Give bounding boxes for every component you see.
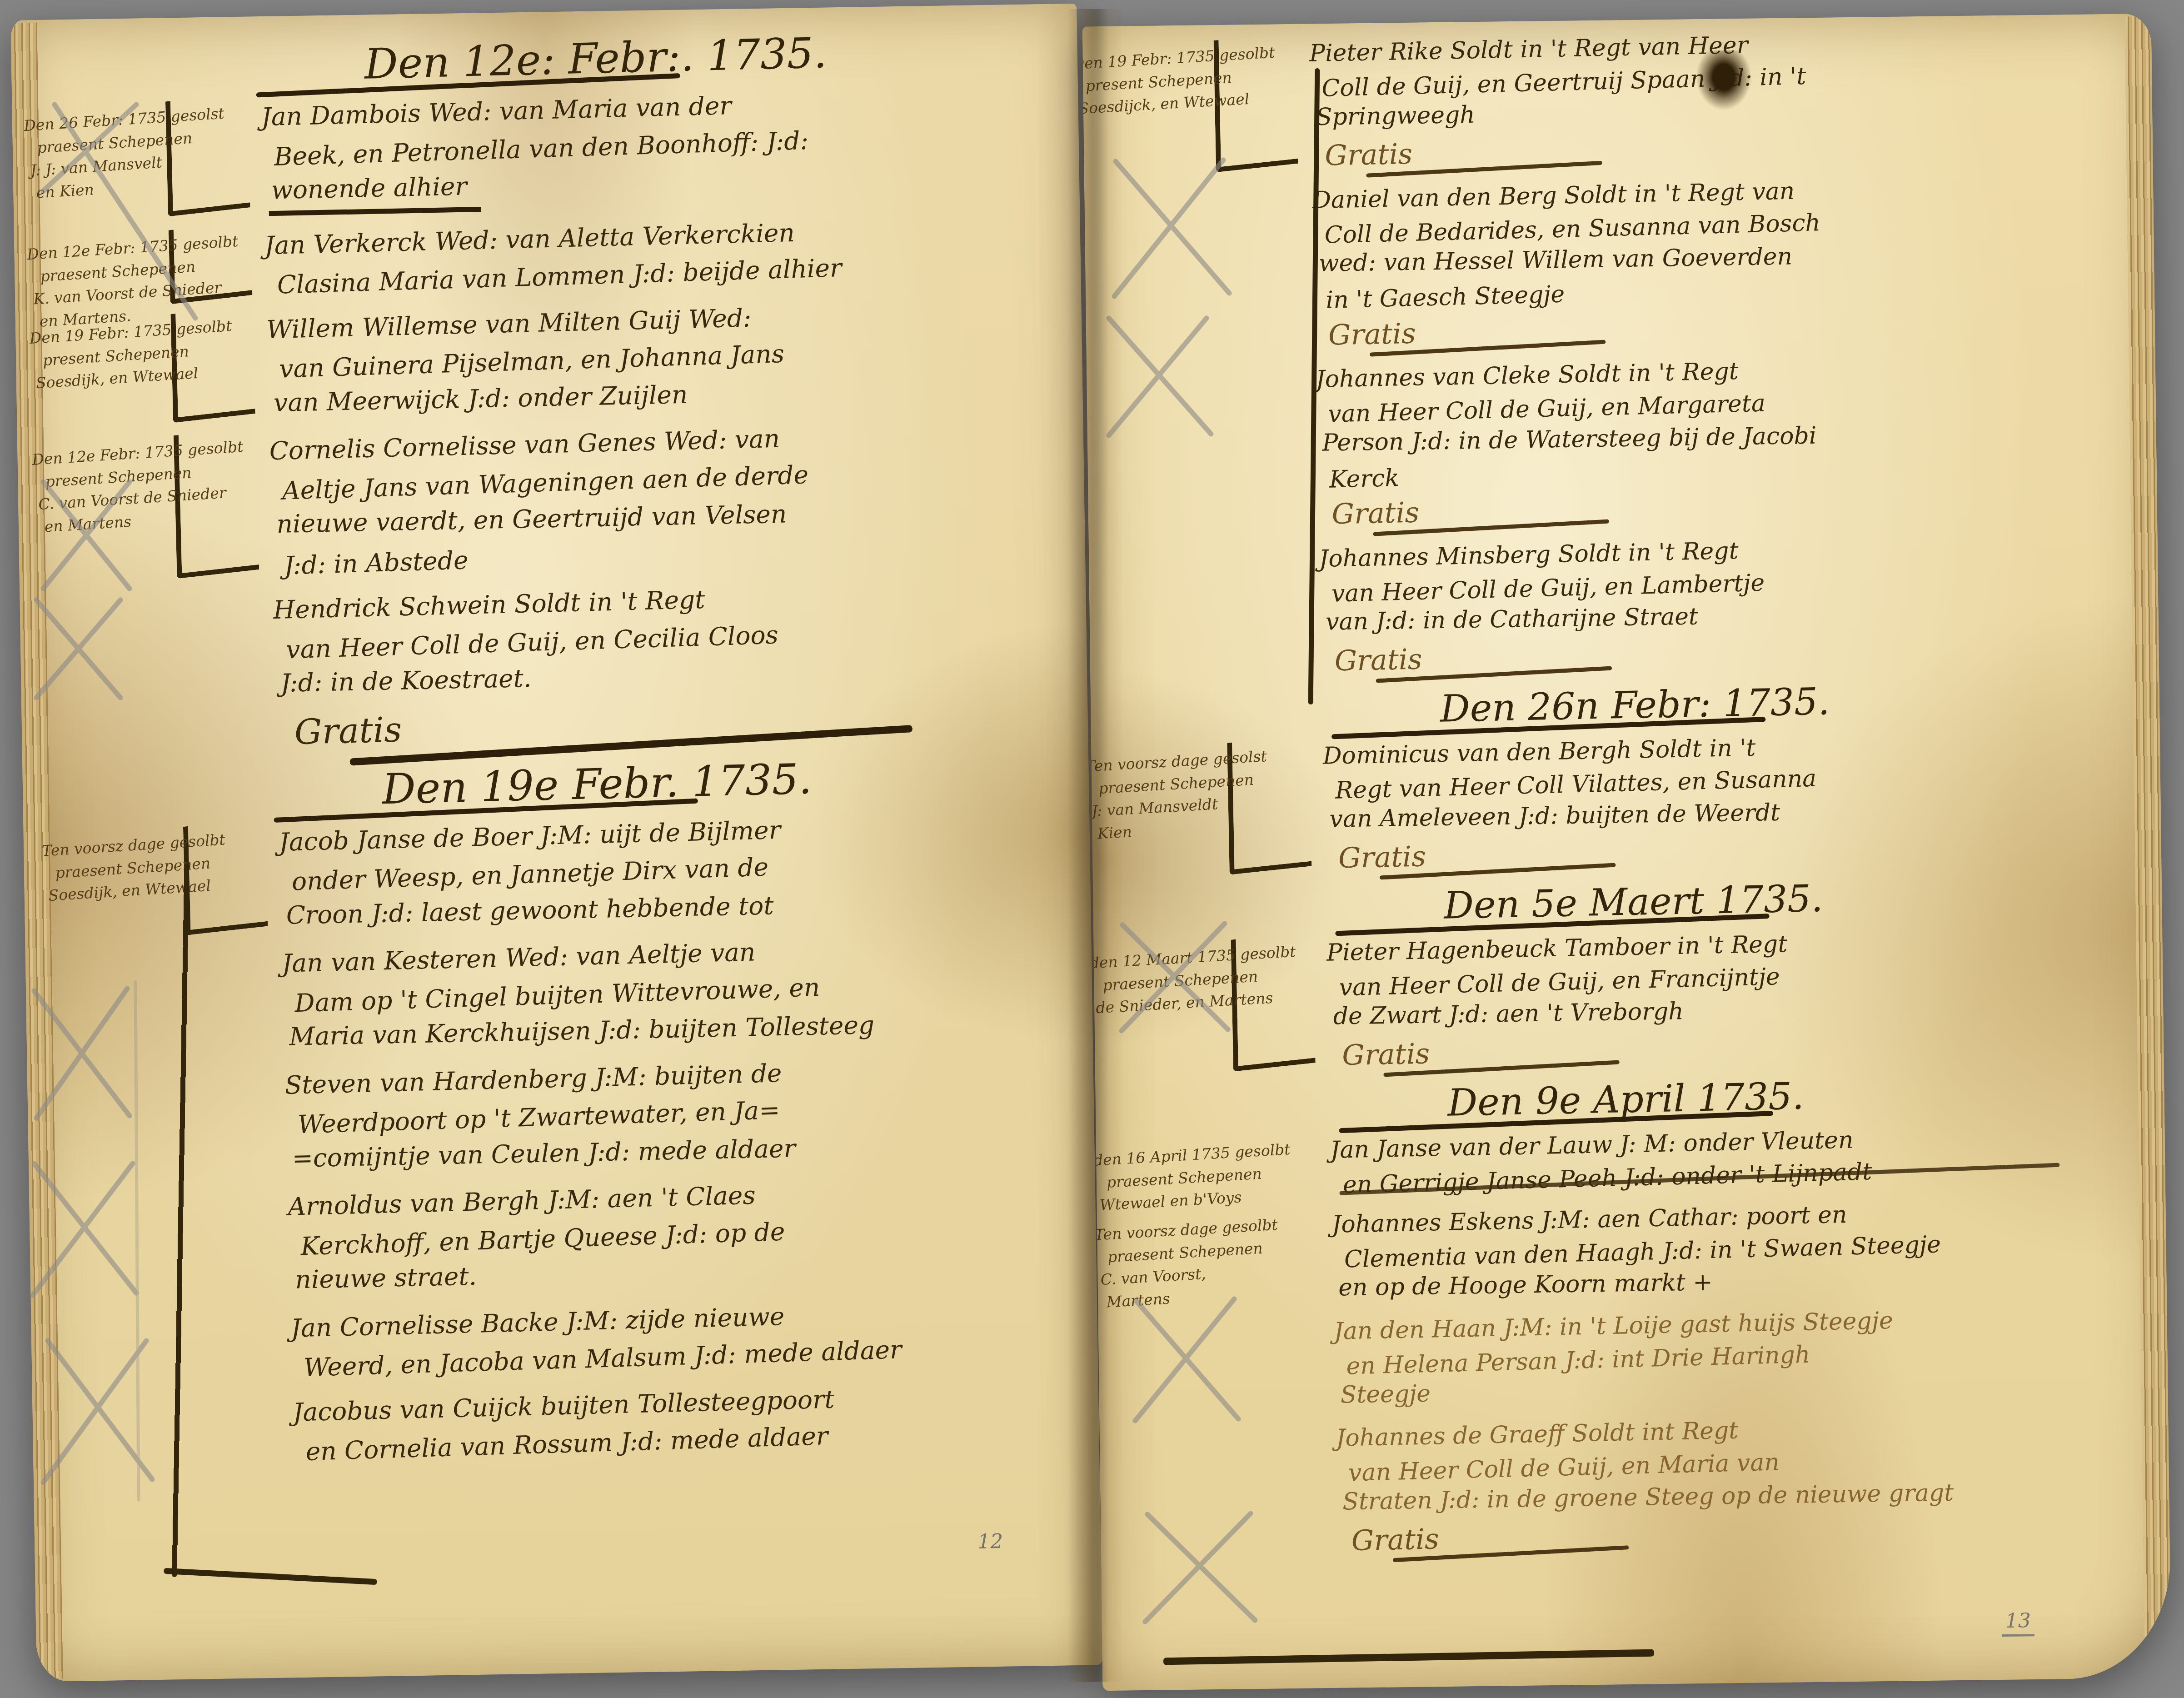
register-entry: Den 12e Febr: 1735 gesolbtpraesent Schep… bbox=[264, 207, 1055, 301]
date-heading: Den 12e: Febr:. 1735. bbox=[364, 23, 1049, 89]
entry-text: Jan van Kesteren Wed: van Aeltje vanDam … bbox=[281, 925, 1073, 1057]
register-entry: Ten voorsz dage gesolbtpraesent Schepene… bbox=[1331, 1193, 2152, 1307]
entry-text: Johannes de Graeff Soldt int Regtvan Hee… bbox=[1336, 1407, 2157, 1560]
gratis-label: Gratis bbox=[1334, 640, 1422, 680]
register-entry: Johannes Minsberg Soldt in 't Regtvan He… bbox=[1319, 527, 2140, 680]
register-entry: Den 19 Febr: 1735 gesolbtpresent Schepen… bbox=[266, 291, 1057, 423]
margin-note: Ten voorsz dage gesolbtpraesent Schepene… bbox=[1094, 1211, 1312, 1313]
entry-text: Jacobus van Cuijck buijten Tollesteegpoo… bbox=[292, 1374, 1083, 1468]
register-entry: Den 26 Febr: 1735 gesolstpraesent Schepe… bbox=[261, 79, 1052, 218]
margin-note: den 16 April 1735 gesolbtpraesent Schepe… bbox=[1093, 1137, 1310, 1217]
entry-text: Dominicus van den Bergh Soldt in 'tRegt … bbox=[1322, 724, 2144, 878]
margin-note: den 12 Maart 1735 gesolbtpraesent Schepe… bbox=[1089, 940, 1306, 1019]
margin-note: Den 12e Febr: 1735 gesolbtpresent Schepe… bbox=[31, 435, 250, 539]
ink-blot bbox=[1696, 50, 1751, 110]
entry-text: Jan Cornelisse Backe J:M: zijde nieuweWe… bbox=[290, 1290, 1081, 1384]
register-entry: Johannes van Cleke Soldt in 't Regtvan H… bbox=[1315, 348, 2137, 534]
register-entry: Johannes de Graeff Soldt int Regtvan Hee… bbox=[1336, 1407, 2157, 1560]
entry-text: Jacob Janse de Boer J:M: uijt de Bijlmer… bbox=[279, 804, 1070, 936]
page-number-right: 13 bbox=[2001, 1609, 2034, 1637]
date-heading: Den 26n Febr: 1735. bbox=[1440, 674, 2141, 731]
margin-note: Ten voorsz dage gesolstpraesent Schepene… bbox=[1085, 743, 1303, 845]
margin-note: Den 26 Febr: 1735 gesolstpraesent Schepe… bbox=[23, 101, 242, 205]
entry-text: Arnoldus van Bergh J:M: aen 't ClaesKerc… bbox=[287, 1169, 1079, 1300]
register-entry: Ten voorsz dage gesolstpraesent Schepene… bbox=[1322, 724, 2144, 878]
right-page: Den 19 Febr: 1735 gesolbtpresent Schepen… bbox=[1082, 14, 2172, 1691]
entry-text: Johannes Eskens J:M: aen Cathar: poort e… bbox=[1331, 1193, 2152, 1307]
margin-note: Ten voorsz dage gesolbtpraesent Schepene… bbox=[41, 826, 259, 907]
register-entry: Steven van Hardenberg J:M: buijten deWee… bbox=[284, 1047, 1076, 1179]
register-entry: Jan van Kesteren Wed: van Aeltje vanDam … bbox=[281, 925, 1073, 1057]
gratis-label: Gratis bbox=[1351, 1519, 1439, 1560]
open-register-book: Den 12e: Febr:. 1735.Den 26 Febr: 1735 g… bbox=[0, 0, 2184, 1698]
left-page-text: Den 12e: Febr:. 1735.Den 26 Febr: 1735 g… bbox=[10, 4, 1102, 1475]
register-entry: Den 12e Febr: 1735 gesolbtpresent Schepe… bbox=[269, 413, 1062, 582]
gratis-label: Gratis bbox=[1338, 837, 1426, 877]
register-entry: Ten voorsz dage gesolbtpraesent Schepene… bbox=[279, 804, 1070, 936]
gratis-label: Gratis bbox=[1331, 493, 1420, 534]
entry-text: Willem Willemse van Milten Guij Wed:van … bbox=[266, 291, 1057, 423]
margin-note: Den 19 Febr: 1735 gesolbtpresent Schepen… bbox=[1082, 40, 1289, 120]
entry-text: Hendrick Schwein Soldt in 't Regtvan Hee… bbox=[273, 572, 1065, 759]
page-number-left: 12 bbox=[977, 1530, 1003, 1553]
entry-text: Jan den Haan J:M: in 't Loije gast huijs… bbox=[1333, 1300, 2154, 1413]
register-entry: Daniel van den Berg Soldt in 't Regt van… bbox=[1312, 169, 2134, 355]
date-heading: Den 5e Maert 1735. bbox=[1443, 871, 2145, 928]
entry-text: Daniel van den Berg Soldt in 't Regt van… bbox=[1312, 169, 2134, 355]
entry-text: Jan Janse van der Lauw J: M: onder Vleut… bbox=[1330, 1119, 2150, 1199]
date-heading: Den 9e April 1735. bbox=[1447, 1068, 2149, 1125]
manuscript-register-photo: Den 12e: Febr:. 1735.Den 26 Febr: 1735 g… bbox=[0, 0, 2184, 1698]
register-entry: Hendrick Schwein Soldt in 't Regtvan Hee… bbox=[273, 572, 1065, 759]
margin-note: Den 19 Febr: 1735 gesolbtpresent Schepen… bbox=[29, 314, 246, 395]
entry-text: Cornelis Cornelisse van Genes Wed: vanAe… bbox=[269, 413, 1062, 582]
gratis-label: Gratis bbox=[294, 704, 403, 758]
register-entry: Jacobus van Cuijck buijten Tollesteegpoo… bbox=[292, 1374, 1083, 1468]
entry-text: Jan Dambois Wed: van Maria van derBeek, … bbox=[261, 79, 1052, 218]
register-entry: Arnoldus van Bergh J:M: aen 't ClaesKerc… bbox=[287, 1169, 1079, 1300]
gratis-label: Gratis bbox=[1342, 1034, 1430, 1074]
date-heading: Den 19e Febr. 1735. bbox=[382, 748, 1067, 814]
entry-text: Pieter Hagenbeuck Tamboer in 't Regtvan … bbox=[1326, 922, 2147, 1075]
register-entry: Jan Cornelisse Backe J:M: zijde nieuweWe… bbox=[290, 1290, 1081, 1384]
right-page-text: Den 19 Febr: 1735 gesolbtpresent Schepen… bbox=[1082, 14, 2172, 1565]
entry-text: Johannes van Cleke Soldt in 't Regtvan H… bbox=[1315, 348, 2137, 534]
entry-text: Jan Verkerck Wed: van Aletta Verkerckien… bbox=[264, 207, 1055, 301]
entry-text: Steven van Hardenberg J:M: buijten deWee… bbox=[284, 1047, 1076, 1179]
register-entry: Jan den Haan J:M: in 't Loije gast huijs… bbox=[1333, 1300, 2154, 1413]
register-entry: den 16 April 1735 gesolbtpraesent Schepe… bbox=[1330, 1119, 2150, 1199]
register-entry: den 12 Maart 1735 gesolbtpraesent Schepe… bbox=[1326, 922, 2147, 1075]
gratis-label: Gratis bbox=[1328, 314, 1416, 355]
gratis-label: Gratis bbox=[1325, 135, 1413, 175]
entry-text: Johannes Minsberg Soldt in 't Regtvan He… bbox=[1319, 527, 2140, 680]
